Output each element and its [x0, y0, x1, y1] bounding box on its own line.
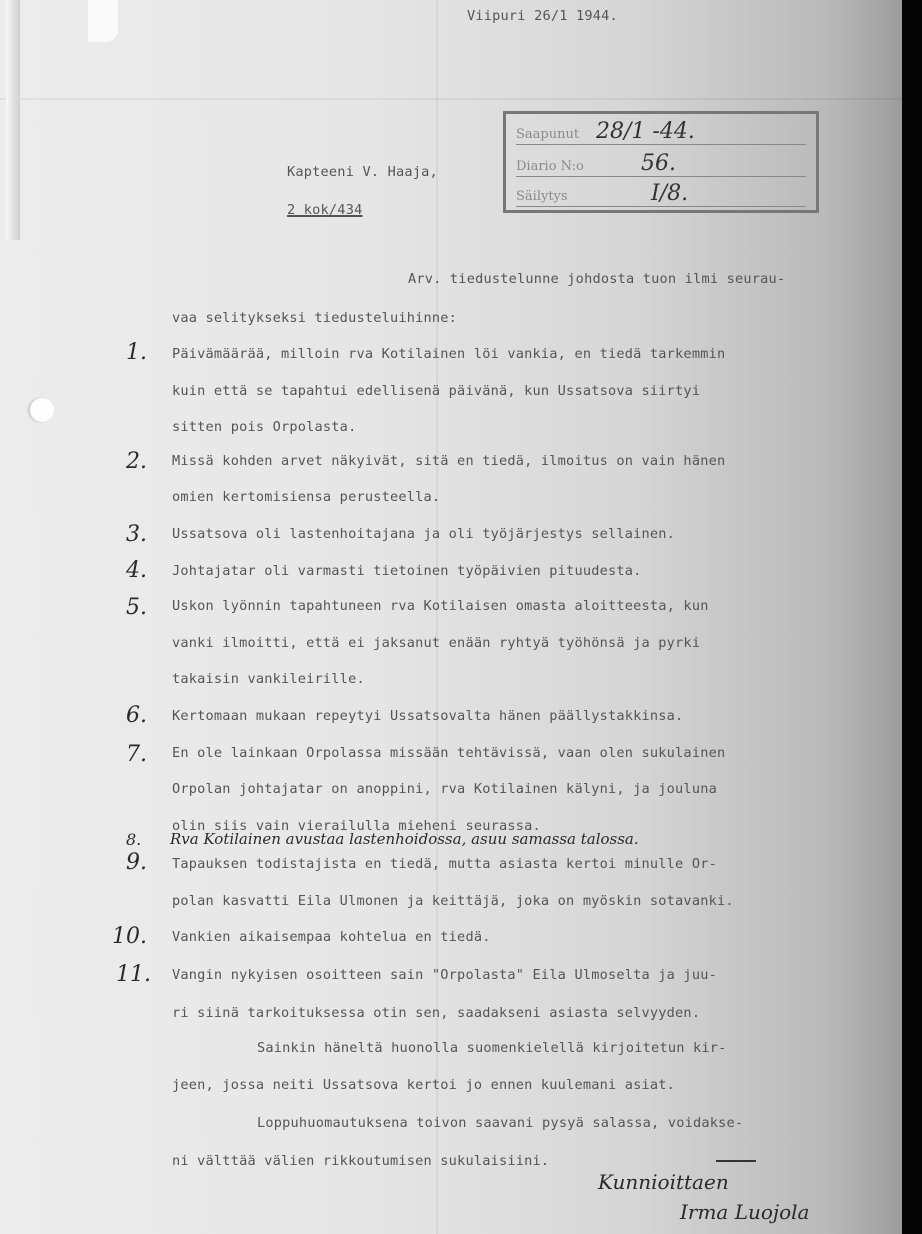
item-number: 6. [126, 703, 147, 728]
item-line: ri siinä tarkoituksessa otin sen, saadak… [172, 1005, 700, 1021]
item-line: Uskon lyönnin tapahtuneen rva Kotilaisen… [172, 598, 709, 614]
place-date: Viipuri 26/1 1944. [467, 8, 618, 24]
item-line: Ussatsova oli lastenhoitajana ja oli työ… [172, 526, 675, 542]
item-line: Tapauksen todistajista en tiedä, mutta a… [172, 856, 717, 872]
item-number: 8. [126, 830, 141, 849]
paragraph-line: jeen, jossa neiti Ussatsova kertoi jo en… [172, 1077, 675, 1093]
item-line: Missä kohden arvet näkyivät, sitä en tie… [172, 453, 725, 469]
recipient-name: Kapteeni V. Haaja, [287, 164, 438, 180]
stamp-label: Saapunut [516, 127, 579, 142]
item-number: 10. [112, 924, 147, 949]
item-line: omien kertomisiensa perusteella. [172, 489, 440, 505]
item-line: Orpolan johtajatar on anoppini, rva Koti… [172, 781, 717, 797]
intro-line: Arv. tiedustelunne johdosta tuon ilmi se… [408, 271, 785, 287]
item-number: 9. [126, 850, 147, 875]
item-line: Kertomaan mukaan repeytyi Ussatsovalta h… [172, 708, 683, 724]
item-number: 3. [126, 522, 147, 547]
item-number: 2. [126, 449, 147, 474]
item-line: Johtajatar oli varmasti tietoinen työpäi… [172, 563, 642, 579]
item-line: Vankien aikaisempaa kohtelua en tiedä. [172, 929, 491, 945]
item-number: 7. [126, 742, 147, 767]
signature: Irma Luojola [680, 1200, 809, 1224]
intro-line: vaa selitykseksi tiedusteluihinne: [172, 310, 457, 326]
torn-edge [6, 0, 20, 240]
item-line: takaisin vankileirille. [172, 671, 365, 687]
paragraph-line: Sainkin häneltä huonolla suomenkielellä … [257, 1040, 727, 1056]
torn-corner [88, 0, 118, 42]
stamp-value: 56. [641, 151, 676, 176]
stamp-value: 28/1 -44. [596, 119, 695, 144]
item-line: kuin että se tapahtui edellisenä päivänä… [172, 383, 700, 399]
stamp-row-diary: Diario N:o 56. [516, 150, 806, 177]
item-line: Päivämäärää, milloin rva Kotilainen löi … [172, 346, 725, 362]
paper-fold-horizontal [0, 98, 902, 100]
stamp-label: Säilytys [516, 189, 568, 204]
stamp-row-received: Saapunut 28/1 -44. [516, 118, 806, 145]
stamp-value: I/8. [651, 181, 688, 206]
item-number: 4. [126, 558, 147, 583]
closing-salutation: Kunnioittaen [598, 1170, 729, 1194]
stamp-label: Diario N:o [516, 159, 584, 174]
punch-hole [30, 398, 54, 422]
handwritten-note: Rva Kotilainen avustaa lastenhoidossa, a… [170, 830, 639, 848]
item-number: 1. [126, 340, 147, 365]
registry-stamp: Saapunut 28/1 -44. Diario N:o 56. Säilyt… [503, 111, 819, 213]
item-line: polan kasvatti Eila Ulmonen ja keittäjä,… [172, 893, 734, 909]
paragraph-line: Loppuhuomautuksena toivon saavani pysyä … [257, 1115, 743, 1131]
recipient-unit: 2 kok/434 [287, 202, 362, 218]
item-line: En ole lainkaan Orpolassa missään tehtäv… [172, 745, 725, 761]
item-line: vanki ilmoitti, että ei jaksanut enään r… [172, 635, 700, 651]
item-number: 5. [126, 595, 147, 620]
item-number: 11. [116, 962, 151, 987]
paragraph-line: ni välttää välien rikkoutumisen sukulais… [172, 1153, 549, 1169]
stamp-row-filing: Säilytys I/8. [516, 180, 806, 207]
scanned-letter-page: Viipuri 26/1 1944. Kapteeni V. Haaja, 2 … [0, 0, 902, 1234]
item-line: sitten pois Orpolasta. [172, 419, 356, 435]
closing-dash [716, 1160, 756, 1162]
item-line: Vangin nykyisen osoitteen sain "Orpolast… [172, 967, 717, 983]
